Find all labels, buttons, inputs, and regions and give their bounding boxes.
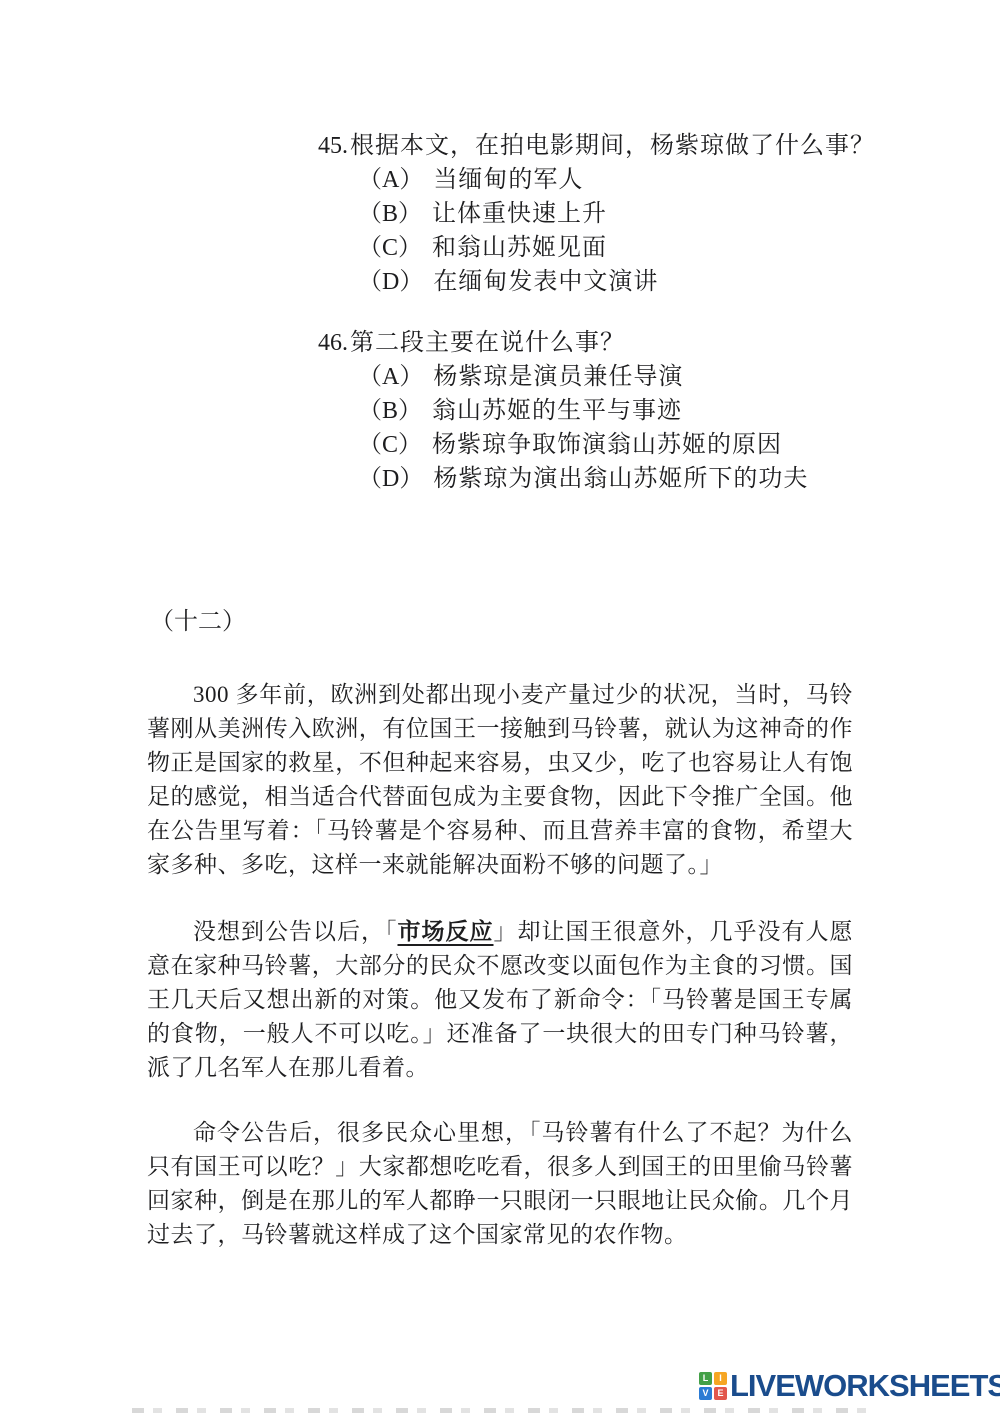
option-text: 翁山苏姬的生平与事迹	[432, 394, 682, 428]
worksheet-page: 45. 根据本文，在拍电影期间，杨紫琼做了什么事？ （A） 当缅甸的军人 （B）…	[0, 0, 1000, 1413]
question-text: 第二段主要在说什么事？	[350, 326, 625, 360]
option-label: （B）	[358, 394, 422, 428]
question-46-option-b: （B） 翁山苏姬的生平与事迹	[358, 394, 808, 428]
option-label: （C）	[358, 428, 422, 462]
option-label: （B）	[358, 197, 422, 231]
question-45-option-b: （B） 让体重快速上升	[358, 197, 875, 231]
passage-paragraph-2: 没想到公告以后，「市场反应」却让国王很意外，几乎没有人愿意在家种马铃薯，大部分的…	[147, 915, 853, 1085]
logo-tile-i: I	[714, 1372, 727, 1385]
question-number: 46.	[318, 326, 350, 360]
option-label: （D）	[358, 462, 423, 496]
paragraph-2-text-before: 没想到公告以后，「	[193, 919, 398, 944]
passage-paragraph-1: 300 多年前，欧洲到处都出现小麦产量过少的状况，当时，马铃薯刚从美洲传入欧洲，…	[147, 678, 853, 882]
question-45-option-a: （A） 当缅甸的军人	[358, 163, 875, 197]
question-46-stem: 46. 第二段主要在说什么事？	[318, 326, 808, 360]
option-text: 让体重快速上升	[432, 197, 607, 231]
option-label: （A）	[358, 163, 423, 197]
logo-tile-v: V	[699, 1387, 712, 1400]
option-text: 杨紫琼是演员兼任导演	[433, 360, 683, 394]
liveworksheets-wordmark: LIVEWORKSHEETS	[730, 1370, 1000, 1401]
question-45-stem: 45. 根据本文，在拍电影期间，杨紫琼做了什么事？	[318, 129, 875, 163]
question-text: 根据本文，在拍电影期间，杨紫琼做了什么事？	[350, 129, 875, 163]
option-text: 在缅甸发表中文演讲	[433, 265, 658, 299]
question-46: 46. 第二段主要在说什么事？ （A） 杨紫琼是演员兼任导演 （B） 翁山苏姬的…	[318, 326, 808, 496]
option-text: 杨紫琼争取饰演翁山苏姬的原因	[432, 428, 782, 462]
passage-section-label: （十二）	[150, 605, 246, 639]
paragraph-2-highlighted-term: 市场反应	[398, 919, 494, 944]
liveworksheets-logo[interactable]: L I V E LIVEWORKSHEETS	[699, 1370, 1000, 1401]
question-46-option-d: （D） 杨紫琼为演出翁山苏姬所下的功夫	[358, 462, 808, 496]
logo-tile-e: E	[714, 1387, 727, 1400]
question-45-option-c: （C） 和翁山苏姬见面	[358, 231, 875, 265]
option-text: 和翁山苏姬见面	[432, 231, 607, 265]
logo-tile-l: L	[699, 1372, 712, 1385]
passage-paragraph-3: 命令公告后，很多民众心里想，「马铃薯有什么了不起？为什么只有国王可以吃？」大家都…	[147, 1116, 853, 1252]
option-label: （A）	[358, 360, 423, 394]
option-label: （D）	[358, 265, 423, 299]
cutoff-text-strip	[132, 1408, 874, 1413]
question-45-option-d: （D） 在缅甸发表中文演讲	[358, 265, 875, 299]
option-label: （C）	[358, 231, 422, 265]
question-46-option-a: （A） 杨紫琼是演员兼任导演	[358, 360, 808, 394]
option-text: 当缅甸的军人	[433, 163, 583, 197]
question-46-option-c: （C） 杨紫琼争取饰演翁山苏姬的原因	[358, 428, 808, 462]
question-number: 45.	[318, 129, 350, 163]
option-text: 杨紫琼为演出翁山苏姬所下的功夫	[433, 462, 808, 496]
question-45: 45. 根据本文，在拍电影期间，杨紫琼做了什么事？ （A） 当缅甸的军人 （B）…	[318, 129, 875, 299]
liveworksheets-grid-icon: L I V E	[699, 1372, 727, 1400]
